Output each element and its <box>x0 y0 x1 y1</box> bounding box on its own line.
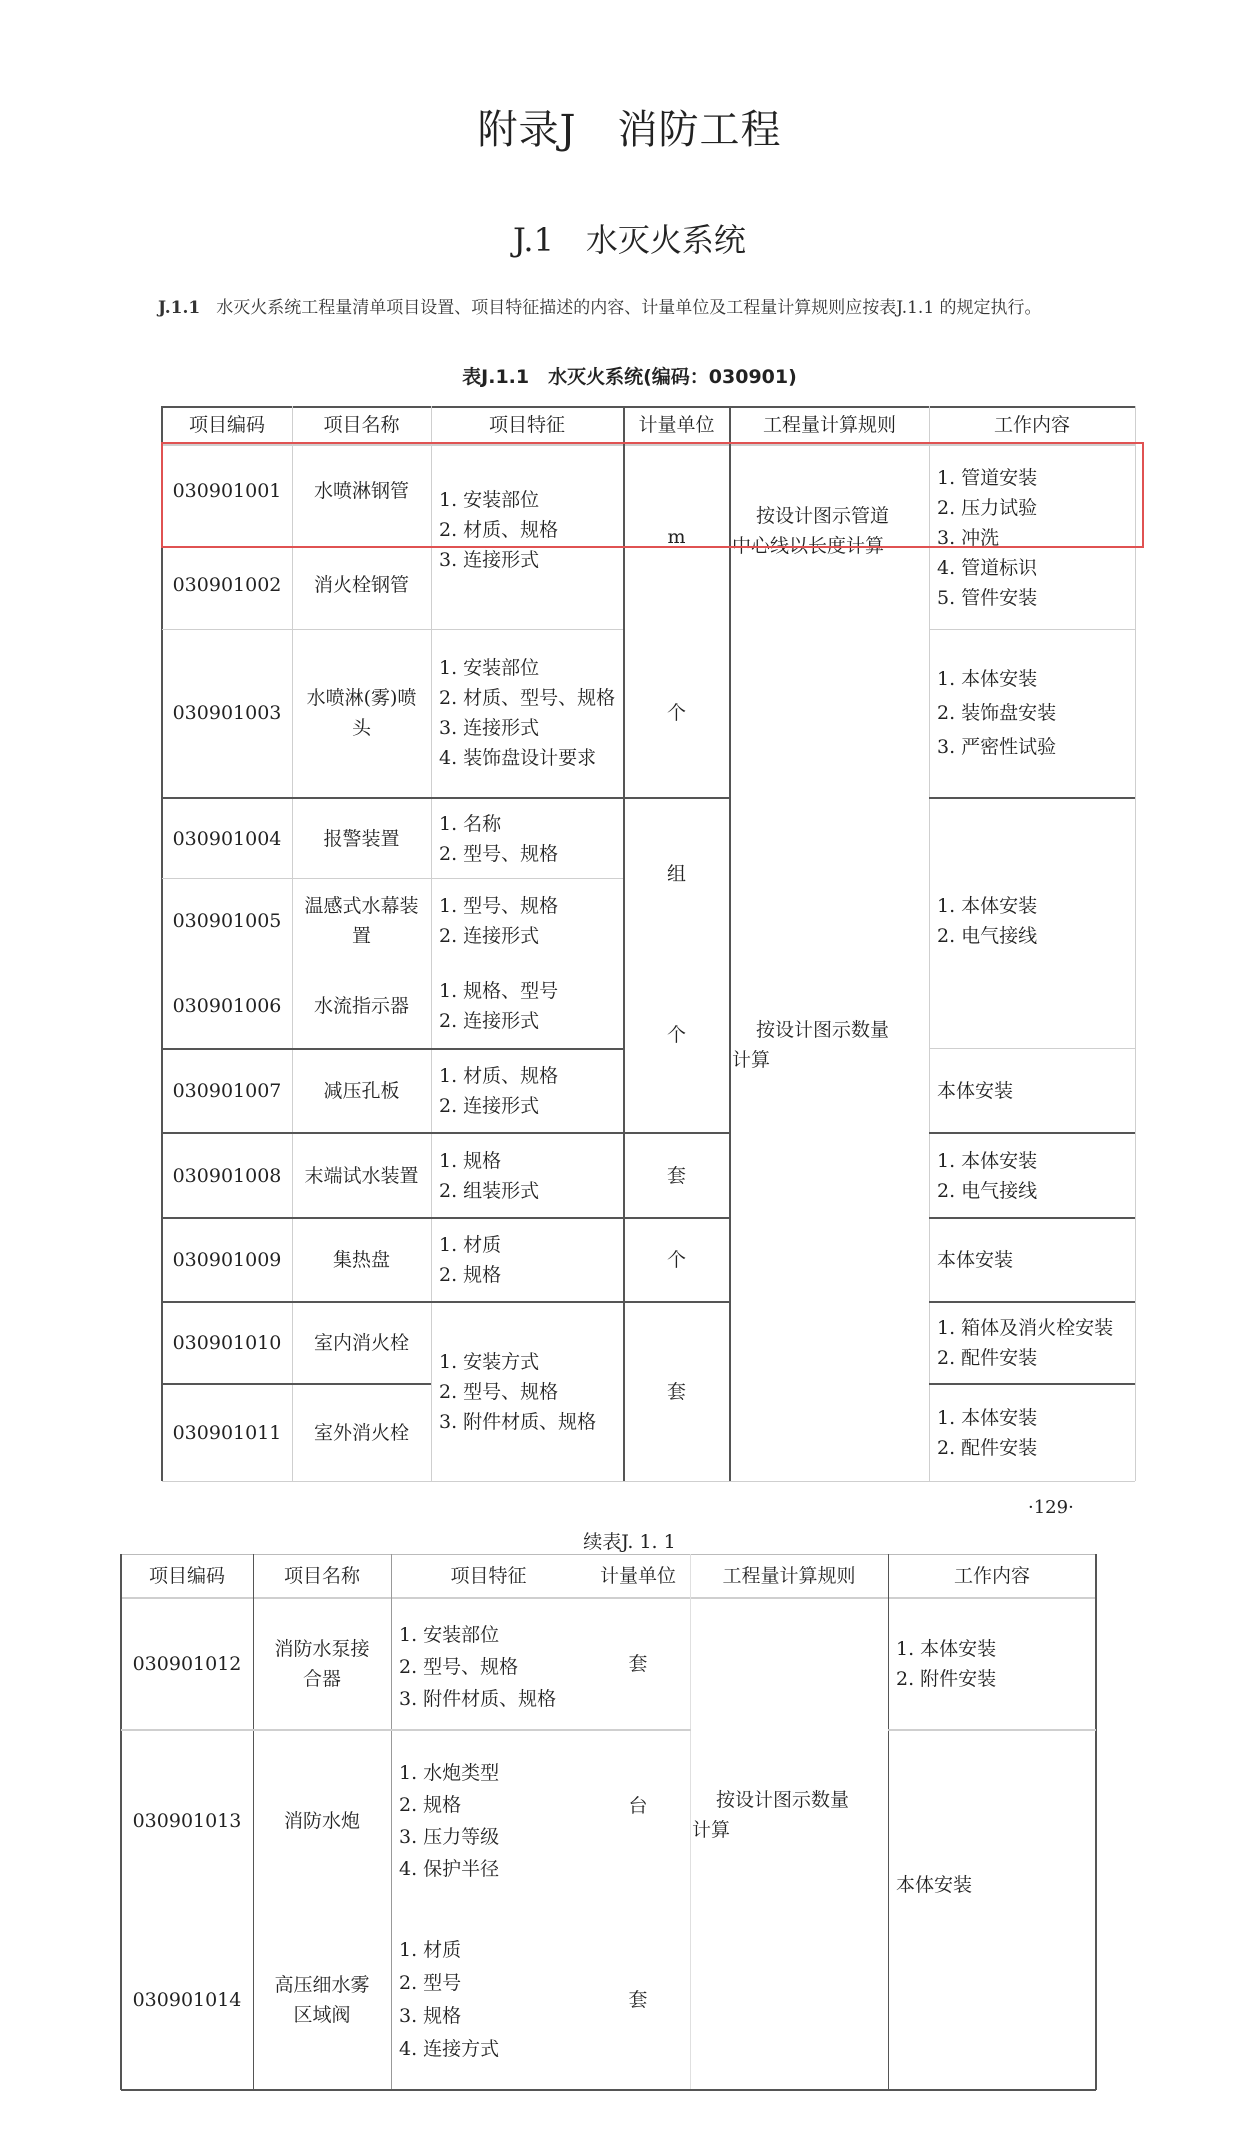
feature-item: 2. 连接形式 <box>439 921 558 951</box>
unit-cell: 套 <box>623 1303 730 1481</box>
unit-cell: 台 <box>586 1731 690 1881</box>
work-cell: 1. 箱体及消火栓安装 2. 配件安装 <box>929 1303 1135 1383</box>
work-item: 2. 配件安装 <box>937 1433 1037 1463</box>
table1-caption: 表J.1.1 水灭火系统(编码：030901) <box>0 362 1259 389</box>
work-item: 1. 本体安装 <box>937 1146 1037 1176</box>
row-name: 报警装置 <box>292 799 431 878</box>
work-item: 1. 本体安装 <box>937 891 1037 921</box>
row-name: 消火栓钢管 <box>292 540 431 629</box>
features-cell: 1. 型号、规格 2. 连接形式 <box>431 878 623 963</box>
feature-item: 1. 型号、规格 <box>439 891 558 921</box>
features-cell: 1. 材质 2. 规格 <box>431 1219 623 1301</box>
unit-cell: 套 <box>623 1134 730 1217</box>
feature-item: 4. 装饰盘设计要求 <box>439 743 615 773</box>
row-code: 030901004 <box>162 799 292 878</box>
work-item: 1. 本体安装 <box>937 1403 1037 1433</box>
work-item: 2. 配件安装 <box>937 1343 1113 1373</box>
work-cell: 1. 本体安装 2. 附件安装 <box>888 1599 1096 1729</box>
feature-item: 1. 材质、规格 <box>439 1061 558 1091</box>
row-name: 末端试水装置 <box>292 1134 431 1217</box>
row-code: 030901009 <box>162 1219 292 1301</box>
header-unit: 计量单位 <box>623 406 730 443</box>
feature-item: 4. 连接方式 <box>399 2033 499 2066</box>
feature-item: 2. 型号、规格 <box>439 1377 596 1407</box>
row-name: 水喷淋(雾)喷头 <box>300 629 423 797</box>
features-cell: 1. 名称 2. 型号、规格 <box>431 799 623 878</box>
row-name: 高压细水雾区域阀 <box>268 1911 376 2089</box>
row-name: 消防水炮 <box>253 1731 391 1911</box>
feature-item: 1. 安装部位 <box>439 653 615 683</box>
row-code: 030901013 <box>121 1731 253 1911</box>
header-work: 工作内容 <box>888 1554 1096 1597</box>
header-rule: 工程量计算规则 <box>690 1554 888 1597</box>
feature-item: 2. 材质、型号、规格 <box>439 683 615 713</box>
rule-line: 计算 <box>690 1815 888 1845</box>
work-item: 1. 本体安装 <box>937 662 1056 696</box>
rule-line: 按设计图示数量 <box>690 1785 888 1815</box>
row-name: 集热盘 <box>292 1219 431 1301</box>
paragraph-number: J.1.1 <box>158 298 200 318</box>
feature-item: 3. 附件材质、规格 <box>399 1683 556 1715</box>
row-name: 室外消火栓 <box>292 1385 431 1481</box>
row-name: 水流指示器 <box>292 963 431 1048</box>
row-code: 030901002 <box>162 540 292 629</box>
row-code: 030901007 <box>162 1050 292 1132</box>
features-cell: 1. 安装部位 2. 材质、型号、规格 3. 连接形式 4. 装饰盘设计要求 <box>431 629 623 797</box>
feature-item: 2. 组装形式 <box>439 1176 539 1206</box>
features-cell: 1. 材质 2. 型号 3. 规格 4. 连接方式 <box>391 1911 586 2089</box>
feature-item: 1. 规格 <box>439 1146 539 1176</box>
work-item: 2. 装饰盘安装 <box>937 696 1056 730</box>
unit-cell: 组 <box>623 799 730 949</box>
feature-item: 2. 型号、规格 <box>399 1651 556 1683</box>
feature-item: 1. 水炮类型 <box>399 1757 499 1789</box>
feature-item: 1. 材质 <box>399 1934 499 1967</box>
features-cell: 1. 材质、规格 2. 连接形式 <box>431 1050 623 1132</box>
highlight-box <box>161 442 1144 548</box>
row-name: 减压孔板 <box>292 1050 431 1132</box>
feature-item: 1. 规格、型号 <box>439 976 558 1006</box>
table2-caption: 续表J. 1. 1 <box>0 1527 1259 1554</box>
work-item: 3. 严密性试验 <box>937 730 1056 764</box>
row-name: 消防水泵接合器 <box>268 1599 376 1729</box>
features-cell: 1. 安装方式 2. 型号、规格 3. 附件材质、规格 <box>431 1303 623 1481</box>
row-name: 室内消火栓 <box>292 1303 431 1383</box>
work-item: 1. 箱体及消火栓安装 <box>937 1313 1113 1343</box>
feature-item: 2. 型号、规格 <box>439 839 558 869</box>
header-rule: 工程量计算规则 <box>730 406 929 443</box>
section-paragraph: J.1.1水灭火系统工程量清单项目设置、项目特征描述的内容、计量单位及工程量计算… <box>158 292 1128 325</box>
feature-item: 2. 规格 <box>439 1260 501 1290</box>
header-code: 项目编码 <box>121 1554 253 1597</box>
unit-cell: 个 <box>623 1219 730 1301</box>
work-item: 2. 附件安装 <box>896 1664 996 1694</box>
features-cell: 1. 水炮类型 2. 规格 3. 压力等级 4. 保护半径 <box>391 1731 586 1911</box>
feature-item: 1. 材质 <box>439 1230 501 1260</box>
work-cell: 本体安装 <box>929 1219 1135 1301</box>
row-code: 030901014 <box>121 1911 253 2089</box>
feature-item: 3. 连接形式 <box>439 713 615 743</box>
work-item: 4. 管道标识 <box>937 553 1037 583</box>
rule-cell: 按设计图示数量 计算 <box>690 1780 888 1850</box>
row-code: 030901010 <box>162 1303 292 1383</box>
feature-item: 2. 连接形式 <box>439 1091 558 1121</box>
work-cell: 1. 本体安装 2. 电气接线 <box>929 878 1135 963</box>
feature-item: 3. 连接形式 <box>439 545 558 575</box>
row-code: 030901006 <box>162 963 292 1048</box>
feature-item: 1. 名称 <box>439 809 558 839</box>
work-item: 2. 电气接线 <box>937 1176 1037 1206</box>
work-cell: 1. 本体安装 2. 装饰盘安装 3. 严密性试验 <box>929 629 1135 797</box>
features-cell: 1. 规格、型号 2. 连接形式 <box>431 963 623 1048</box>
rule-line: 计算 <box>730 1045 929 1075</box>
page-number: ·129· <box>1028 1497 1074 1518</box>
row-code: 030901011 <box>162 1385 292 1481</box>
work-cell: 1. 本体安装 2. 配件安装 <box>929 1385 1135 1481</box>
feature-item: 1. 安装部位 <box>399 1619 556 1651</box>
unit-cell: 个 <box>623 960 730 1110</box>
header-work: 工作内容 <box>929 406 1135 443</box>
work-item: 1. 本体安装 <box>896 1634 996 1664</box>
features-cell: 1. 安装部位 2. 型号、规格 3. 附件材质、规格 <box>391 1599 586 1735</box>
feature-item: 2. 型号 <box>399 1967 499 2000</box>
row-code: 030901012 <box>121 1599 253 1729</box>
row-code: 030901005 <box>162 878 292 963</box>
row-name: 温感式水幕装置 <box>302 878 421 963</box>
feature-item: 3. 规格 <box>399 2000 499 2033</box>
feature-item: 4. 保护半径 <box>399 1853 499 1885</box>
feature-item: 3. 压力等级 <box>399 1821 499 1853</box>
unit-cell: 套 <box>586 1599 690 1729</box>
feature-item: 2. 连接形式 <box>439 1006 558 1036</box>
row-code: 030901003 <box>162 629 292 797</box>
paragraph-text: 水灭火系统工程量清单项目设置、项目特征描述的内容、计量单位及工程量计算规则应按表… <box>216 298 1041 318</box>
work-cell: 1. 本体安装 2. 电气接线 <box>929 1134 1135 1217</box>
feature-item: 2. 规格 <box>399 1789 499 1821</box>
header-code: 项目编码 <box>162 406 292 443</box>
section-title: J.1 水灭火系统 <box>0 215 1259 261</box>
features-cell: 1. 规格 2. 组装形式 <box>431 1134 623 1217</box>
work-cell: 本体安装 <box>888 1860 1096 1910</box>
header-unit: 计量单位 <box>586 1554 690 1597</box>
feature-item: 1. 安装方式 <box>439 1347 596 1377</box>
unit-cell: 套 <box>586 1911 690 2089</box>
header-features: 项目特征 <box>391 1554 586 1597</box>
work-cell: 本体安装 <box>929 1050 1135 1132</box>
header-name: 项目名称 <box>292 406 431 443</box>
row-code: 030901008 <box>162 1134 292 1217</box>
header-name: 项目名称 <box>253 1554 391 1597</box>
header-features: 项目特征 <box>431 406 623 443</box>
work-item: 2. 电气接线 <box>937 921 1037 951</box>
rule-line: 按设计图示数量 <box>730 1015 929 1045</box>
work-item: 5. 管件安装 <box>937 583 1037 613</box>
rule-cell: 按设计图示数量 计算 <box>730 1010 929 1080</box>
unit-cell: 个 <box>623 629 730 797</box>
feature-item: 3. 附件材质、规格 <box>439 1407 596 1437</box>
page-title: 附录J 消防工程 <box>0 98 1259 155</box>
